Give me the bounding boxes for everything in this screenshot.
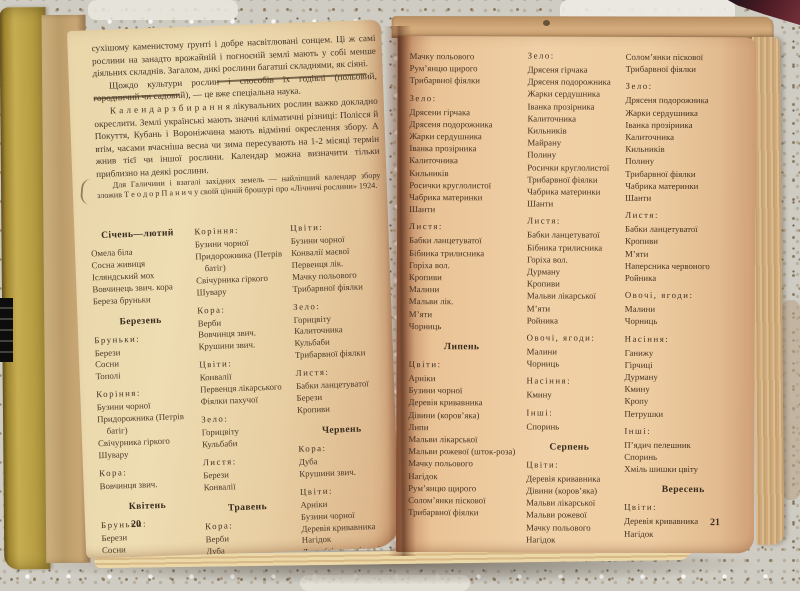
plant-part-label: Овочі, ягоди:: [625, 290, 749, 300]
plant-name: Бабки ланцетуватої: [409, 234, 521, 247]
plant-part-label: Цвіти:: [526, 459, 618, 469]
plant-part-label: Листя:: [203, 454, 295, 467]
text-column: Мачку польовогоРум’янцю щирогоТрибарвної…: [408, 50, 522, 545]
plant-name: Чорниць: [527, 358, 619, 371]
plant-name: Мальви лікарської: [526, 497, 618, 510]
plant-part-label: Цвіти:: [290, 220, 384, 233]
month-heading: Січень—лютий: [90, 227, 184, 241]
plant-name: Петрушки: [624, 407, 748, 420]
plant-part-label: Кора:: [205, 518, 297, 531]
ink-spot: [543, 20, 550, 26]
plant-part-label: Листя:: [527, 216, 619, 226]
plant-name: Кропу: [624, 395, 748, 408]
plant-name: Трибарвної фіялки: [626, 63, 750, 76]
plant-name: Дурману: [527, 266, 619, 279]
plant-name: Калиточника: [625, 131, 749, 144]
month-heading: Вересень: [624, 484, 742, 495]
plant-name: Полину: [625, 155, 749, 168]
plant-part-label: Кора:: [99, 464, 199, 478]
plant-name: Ройника: [527, 314, 619, 327]
plant-part-label: Коріння:: [96, 386, 196, 400]
plant-name: Бібника трилисника: [409, 247, 521, 260]
month-heading: Червень: [298, 423, 386, 437]
plant-name: Дрясеня подорожника: [409, 118, 521, 131]
plant-name: Трибарвної фіялки: [410, 74, 522, 87]
plant-name: Нагідок: [408, 470, 520, 483]
plant-name: Липи: [408, 421, 520, 434]
text-column: Зело:Дрясеня гірчакаДрясеня подорожникаЖ…: [526, 50, 620, 545]
plant-name: Чабрика материнки: [409, 191, 521, 204]
plant-name: Дрясеня подорожника: [528, 76, 620, 89]
plant-name: Крушини звич.: [299, 465, 393, 480]
plant-name: Мальви рожевої: [526, 509, 618, 522]
plant-name: Дрясени гірчака: [409, 106, 521, 119]
book-gutter-shadow: [384, 26, 417, 556]
calendar-columns-right: Мачку польовогоРум’янцю щирогоТрибарвної…: [408, 50, 750, 546]
plant-name: Мачку польового: [408, 458, 520, 471]
plant-name: Деревія кривавника: [408, 397, 520, 410]
text-column: Солом’янки пісковоїТрибарвної фіялкиЗело…: [624, 51, 750, 547]
plant-part-label: Насіння:: [625, 333, 749, 343]
plant-name: Дрясеня подорожника: [625, 94, 749, 107]
plant-part-label: Кора:: [298, 440, 392, 453]
plant-name: Мачку польового: [526, 521, 618, 534]
plant-name: Дівини (коров’яка): [526, 485, 618, 498]
plant-part-label: Бруньки:: [94, 331, 194, 345]
plant-name: Кильників: [625, 143, 749, 156]
plant-name: Мальви лікарської: [527, 290, 619, 303]
plant-part-label: Зело:: [201, 411, 293, 424]
plant-name: Гірчиці: [625, 359, 749, 372]
plant-name: Калиточника: [409, 154, 521, 167]
plant-name: Нагідок: [526, 533, 618, 546]
plant-name: Крушини звич.: [198, 338, 290, 353]
plant-name: Бабки ланцетуватої: [527, 229, 619, 242]
plant-part-label: Листя:: [625, 210, 749, 220]
plant-name: Хміль шишки цвіту: [624, 463, 748, 476]
plant-name: Трибарвної фіялки: [292, 280, 386, 295]
calendar-columns-left: Січень—лютийОмела білаСосна живицяІслянд…: [90, 220, 396, 559]
plant-name: Трибарвної фіялки: [408, 506, 520, 519]
plant-name: Жарки сердушника: [625, 106, 749, 119]
plant-name: Деревія кривавника: [526, 472, 618, 485]
plant-part-label: Насіння:: [527, 376, 619, 386]
pen-margin-mark: [80, 178, 93, 205]
right-page: Мачку польовогоРум’янцю щирогоТрибарвної…: [396, 36, 756, 553]
plant-name: Шанти: [625, 192, 749, 205]
month-heading: Серпень: [526, 441, 612, 452]
plant-name: Трибарвної фіялки: [295, 347, 389, 362]
plant-part-label: Зело:: [626, 81, 750, 91]
plant-name: Кропиви: [527, 278, 619, 291]
plant-name: Дурману: [625, 371, 749, 384]
plant-name: Шувару: [196, 284, 288, 299]
plant-name: Мальви рожевої (шток-роза): [408, 445, 520, 458]
plant-part-label: Кора:: [197, 302, 289, 315]
month-heading: Квітень: [100, 498, 194, 512]
plant-name: Наперсника червоного: [625, 260, 749, 273]
plant-name: Кмину: [526, 389, 618, 402]
plant-name: Деревія кривавника: [624, 515, 748, 528]
plant-name: Мальви лікарської: [408, 433, 520, 446]
plant-part-label: Зело:: [293, 298, 387, 311]
plant-name: М’яти: [409, 308, 521, 321]
plant-part-label: Бруньки:: [101, 516, 201, 530]
plant-part-label: Цвіти:: [624, 502, 748, 512]
plant-part-label: Коріння:: [194, 223, 286, 236]
plant-name: Чорниць: [409, 320, 521, 333]
plant-name: Росички круглолистої: [527, 161, 619, 174]
plant-name: Кильників: [409, 167, 521, 180]
plant-part-label: Зело:: [528, 50, 620, 60]
plant-name: Кульбаби: [202, 436, 294, 451]
plant-part-label: Інші:: [624, 426, 748, 436]
plant-name: Вовчинця звич.: [99, 477, 199, 493]
plant-name: Іванка прозірника: [625, 119, 749, 132]
plant-part-label: Листя:: [409, 221, 521, 231]
plant-name: Кропиви: [409, 271, 521, 284]
plant-name: Чорниць: [625, 315, 749, 328]
plant-name: Росички круглолистої: [409, 179, 521, 192]
plant-name: Іванка прозірника: [527, 100, 619, 113]
plant-name: Малини: [409, 283, 521, 296]
plant-name: Горіха вол.: [527, 253, 619, 266]
intro-text: сухішому каменистому ґрунті і добре насв…: [91, 32, 381, 202]
plant-name: Шувару: [98, 446, 198, 462]
plant-name: Іванка прозірника: [409, 142, 521, 155]
open-book: сухішому каменистому ґрунті і добре насв…: [0, 0, 800, 591]
plant-name: Полину: [527, 149, 619, 162]
plant-part-label: Інші:: [526, 407, 618, 417]
plant-part-label: Цвіти:: [199, 356, 291, 369]
plant-name: Нагідок: [624, 527, 748, 540]
plant-name: Мачку польового: [410, 50, 522, 63]
text-column: Коріння:Бузини чорноїПридорожника (Петрі…: [194, 223, 299, 559]
plant-name: Арніки: [409, 372, 521, 385]
plant-name: Трибарвної фіялки: [625, 167, 749, 180]
plant-name: Рум’янцю щирого: [410, 62, 522, 75]
month-heading: Травень: [204, 500, 290, 514]
plant-name: Шанти: [527, 198, 619, 211]
plant-name: Дрясеня гірчака: [528, 63, 620, 76]
plant-name: Рум’янцю щирого: [408, 482, 520, 495]
plant-name: Бабки ланцетуватої: [625, 223, 749, 236]
plant-name: Малини: [625, 303, 749, 316]
plant-part-label: Листя:: [295, 365, 389, 378]
plant-name: Споринь: [526, 420, 618, 433]
plant-name: Майрану: [527, 137, 619, 150]
plant-name: Конвалії: [204, 479, 296, 494]
plant-name: Малини: [527, 346, 619, 359]
plant-name: Кильників: [527, 124, 619, 137]
plant-name: Горіха вол.: [409, 259, 521, 272]
plant-name: Бібника трилисника: [527, 241, 619, 254]
plant-name: Солом’янки піскової: [626, 51, 750, 64]
plant-name: Кропиви: [625, 235, 749, 248]
plant-name: М’яти: [527, 302, 619, 315]
plant-name: Тополі: [95, 368, 195, 384]
plant-name: Чабрика материнки: [625, 180, 749, 193]
month-heading: Липень: [409, 341, 515, 352]
plant-part-label: Цвіти:: [300, 483, 394, 496]
page-number: 21: [710, 517, 720, 528]
plant-name: Дівини (коров’яка): [408, 409, 520, 422]
plant-part-label: Овочі, ягоди:: [527, 333, 619, 343]
month-heading: Березень: [93, 313, 187, 327]
plant-name: Кропиви: [297, 401, 391, 416]
book-photo-scene: сухішому каменистому ґрунті і добре насв…: [0, 0, 800, 591]
plant-name: Чабрика материнки: [527, 185, 619, 198]
plant-name: Жарки сердушника: [409, 130, 521, 143]
plant-name: М’яти: [625, 247, 749, 260]
black-label-sticker: [0, 298, 13, 362]
right-page-stack-edge: [752, 37, 784, 545]
plant-name: Ройника: [625, 272, 749, 285]
left-page: сухішому каменистому ґрунті і добре насв…: [67, 20, 400, 559]
page-number: 20: [131, 519, 141, 530]
text-column: Цвіти:Бузини чорноїКонвалії маєвоїПервен…: [290, 220, 397, 559]
plant-name: Жарки сердушника: [528, 88, 620, 101]
plant-name: Калиточника: [527, 112, 619, 125]
plant-name: Споринь: [624, 451, 748, 464]
plant-name: Ганижу: [625, 346, 749, 359]
plant-name: Мальви лік.: [409, 296, 521, 309]
plant-part-label: Цвіти:: [409, 359, 521, 369]
plant-name: Шанти: [409, 203, 521, 216]
plant-name: Фіялки пахучої: [200, 393, 292, 408]
plant-name: П’ядич пелешник: [624, 439, 748, 452]
text-column: Січень—лютийОмела білаСосна живицяІслянд…: [90, 227, 203, 559]
plant-name: Придорожника (Петрів батіг): [195, 248, 288, 275]
plant-name: Бузини чорної: [408, 384, 520, 397]
plant-name: Кмину: [624, 383, 748, 396]
plant-part-label: Зело:: [410, 93, 522, 103]
plant-name: Трибарвної фіялки: [527, 173, 619, 186]
plant-name: Солом’янки піскової: [408, 494, 520, 507]
intro-paragraph: К а л е н д а р з б и р а н н я лікуваль…: [94, 95, 381, 181]
